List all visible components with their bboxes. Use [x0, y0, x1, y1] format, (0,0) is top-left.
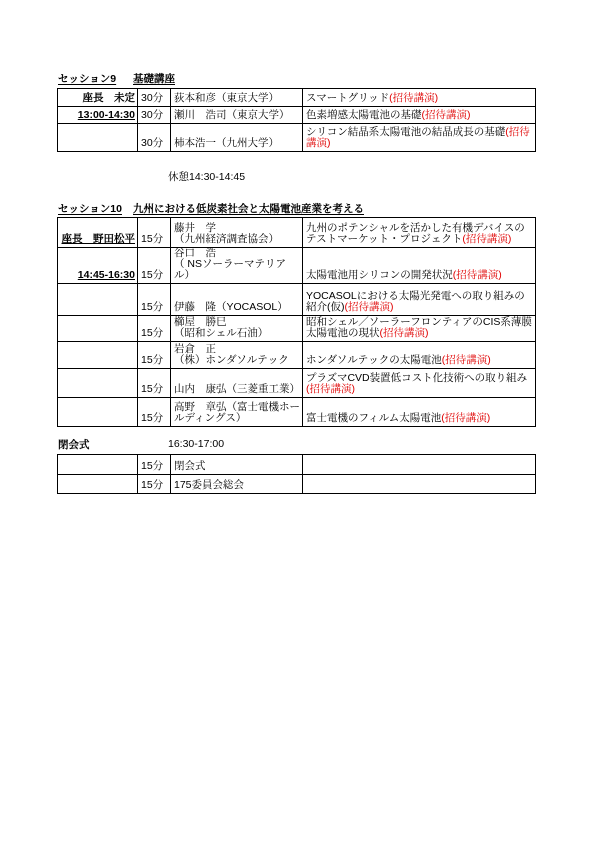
- talk-cell: [303, 475, 536, 494]
- session9-title: 基礎講座: [133, 71, 175, 86]
- duration-cell: 15分: [138, 369, 171, 398]
- speaker-cell: 岩倉 正（株）ホンダソルテック: [171, 342, 303, 369]
- talk-title: ホンダソルテックの太陽電池: [306, 354, 442, 366]
- table-row: 15分櫛屋 勝巳（昭和シェル石油）昭和シェル／ソーラーフロンティアのCIS系薄膜…: [58, 316, 536, 342]
- session9-table: 座長 未定30分荻本和彦（東京大学）スマートグリッド(招待講演)13:00-14…: [57, 88, 536, 152]
- session10-table: 座長 野田松平15分藤井 学（九州経済調査協会）九州のポテンシャルを活かした有機…: [57, 217, 536, 427]
- session10-label: セッション10: [58, 201, 122, 216]
- invited-label: (招待講演): [422, 109, 471, 121]
- session10-title: 九州における低炭素社会と太陽電池産業を考える: [133, 201, 364, 216]
- invited-label: (招待講演): [441, 412, 490, 424]
- chair-cell: [58, 398, 138, 427]
- talk-cell: 富士電機のフィルム太陽電池(招待講演): [303, 398, 536, 427]
- invited-label: (招待講演): [462, 233, 511, 245]
- duration-cell: 30分: [138, 124, 171, 152]
- chair-cell: [58, 455, 138, 475]
- talk-cell: 色素増感太陽電池の基礎(招待講演): [303, 107, 536, 124]
- table-row: 13:00-14:3030分瀬川 浩司（東京大学）色素増感太陽電池の基礎(招待講…: [58, 107, 536, 124]
- closing-table: 15分閉会式15分175委員会総会: [57, 454, 536, 494]
- speaker-cell: 高野 章弘（富士電機ホールディングス）: [171, 398, 303, 427]
- table-row: 30分柿本浩一（九州大学）シリコン結晶系太陽電池の結晶成長の基礎(招待講演): [58, 124, 536, 152]
- talk-cell: 昭和シェル／ソーラーフロンティアのCIS系薄膜太陽電池の現状(招待講演): [303, 316, 536, 342]
- speaker-cell: 柿本浩一（九州大学）: [171, 124, 303, 152]
- duration-cell: 30分: [138, 89, 171, 107]
- session9-label: セッション9: [58, 71, 116, 86]
- invited-label: (招待講演): [453, 269, 502, 281]
- chair-cell: 座長 野田松平: [58, 218, 138, 248]
- table-row: 14:45-16:3015分谷口 浩（ NSソーラーマテリアル）太陽電池用シリコ…: [58, 248, 536, 284]
- talk-title: 富士電機のフィルム太陽電池: [306, 412, 441, 424]
- duration-cell: 30分: [138, 107, 171, 124]
- invited-label: (招待講演): [442, 354, 491, 366]
- speaker-cell: 伊藤 隆（YOCASOL）: [171, 284, 303, 316]
- speaker-cell: 閉会式: [171, 455, 303, 475]
- talk-cell: [303, 455, 536, 475]
- table-row: 15分山内 康弘（三菱重工業）プラズマCVD装置低コスト化技術への取り組み(招待…: [58, 369, 536, 398]
- invited-label: (招待講演): [389, 92, 438, 104]
- table-row: 15分閉会式: [58, 455, 536, 475]
- table-row: 15分岩倉 正（株）ホンダソルテックホンダソルテックの太陽電池(招待講演): [58, 342, 536, 369]
- talk-cell: プラズマCVD装置低コスト化技術への取り組み(招待講演): [303, 369, 536, 398]
- table-row: 15分高野 章弘（富士電機ホールディングス）富士電機のフィルム太陽電池(招待講演…: [58, 398, 536, 427]
- closing-label: 閉会式: [58, 437, 90, 452]
- talk-title: 太陽電池用シリコンの開発状況: [306, 269, 453, 281]
- talk-title: シリコン結晶系太陽電池の結晶成長の基礎: [306, 126, 505, 138]
- speaker-cell: 谷口 浩（ NSソーラーマテリアル）: [171, 248, 303, 284]
- chair-cell: [58, 475, 138, 494]
- duration-cell: 15分: [138, 316, 171, 342]
- table-row: 座長 未定30分荻本和彦（東京大学）スマートグリッド(招待講演): [58, 89, 536, 107]
- chair-cell: 14:45-16:30: [58, 248, 138, 284]
- speaker-cell: 櫛屋 勝巳（昭和シェル石油）: [171, 316, 303, 342]
- chair-cell: 13:00-14:30: [58, 107, 138, 124]
- talk-title: 色素増感太陽電池の基礎: [306, 109, 422, 121]
- chair-cell: [58, 284, 138, 316]
- chair-cell: [58, 316, 138, 342]
- table-row: 座長 野田松平15分藤井 学（九州経済調査協会）九州のポテンシャルを活かした有機…: [58, 218, 536, 248]
- duration-cell: 15分: [138, 218, 171, 248]
- speaker-cell: 175委員会総会: [171, 475, 303, 494]
- invited-label: (招待講演): [380, 327, 429, 339]
- duration-cell: 15分: [138, 455, 171, 475]
- chair-cell: [58, 342, 138, 369]
- talk-cell: シリコン結晶系太陽電池の結晶成長の基礎(招待講演): [303, 124, 536, 152]
- talk-cell: YOCASOLにおける太陽光発電への取り組みの紹介(仮)(招待講演): [303, 284, 536, 316]
- invited-label: (招待講演): [345, 301, 394, 313]
- talk-title: YOCASOLにおける太陽光発電への取り組みの紹介(仮): [306, 290, 525, 313]
- talk-cell: 九州のポテンシャルを活かした有機デバイスのテストマーケット・プロジェクト(招待講…: [303, 218, 536, 248]
- invited-label: (招待講演): [306, 383, 355, 395]
- closing-time: 16:30-17:00: [168, 438, 224, 450]
- talk-cell: ホンダソルテックの太陽電池(招待講演): [303, 342, 536, 369]
- duration-cell: 15分: [138, 475, 171, 494]
- speaker-cell: 瀬川 浩司（東京大学）: [171, 107, 303, 124]
- speaker-cell: 藤井 学（九州経済調査協会）: [171, 218, 303, 248]
- table-row: 15分伊藤 隆（YOCASOL）YOCASOLにおける太陽光発電への取り組みの紹…: [58, 284, 536, 316]
- chair-cell: 座長 未定: [58, 89, 138, 107]
- talk-cell: スマートグリッド(招待講演): [303, 89, 536, 107]
- table-row: 15分175委員会総会: [58, 475, 536, 494]
- chair-cell: [58, 124, 138, 152]
- break-note: 休憩14:30-14:45: [168, 169, 245, 184]
- talk-cell: 太陽電池用シリコンの開発状況(招待講演): [303, 248, 536, 284]
- speaker-cell: 山内 康弘（三菱重工業）: [171, 369, 303, 398]
- talk-title: スマートグリッド: [306, 92, 389, 104]
- duration-cell: 15分: [138, 398, 171, 427]
- document-page: セッション9 基礎講座 座長 未定30分荻本和彦（東京大学）スマートグリッド(招…: [0, 0, 595, 842]
- duration-cell: 15分: [138, 248, 171, 284]
- speaker-cell: 荻本和彦（東京大学）: [171, 89, 303, 107]
- duration-cell: 15分: [138, 342, 171, 369]
- chair-cell: [58, 369, 138, 398]
- duration-cell: 15分: [138, 284, 171, 316]
